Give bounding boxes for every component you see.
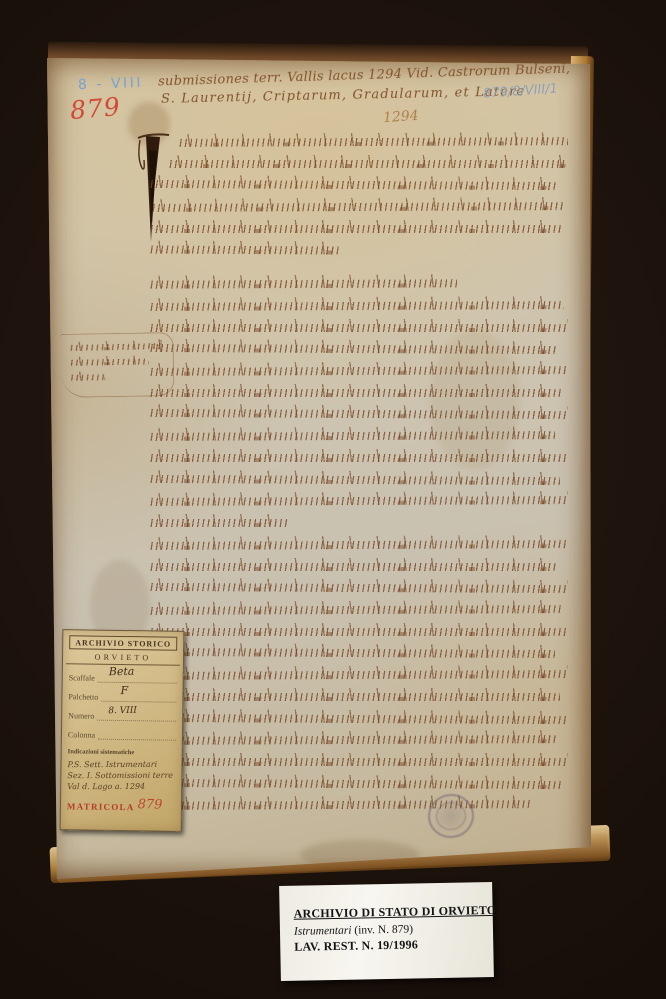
script-line: [169, 155, 566, 168]
script-line: [150, 665, 568, 680]
script-line: [150, 514, 290, 527]
dotted-rule: [101, 693, 176, 703]
script-line: [150, 404, 568, 419]
label-field-numero: Numero 8. VIII: [68, 710, 176, 722]
label-note-3: Val d. Lago a. 1294: [67, 781, 175, 792]
archive-label: ARCHIVIO STORICO ORVIETO Scaffale Beta P…: [60, 629, 185, 832]
script-line: [150, 491, 568, 506]
script-line: [150, 361, 566, 376]
caption-inventory: (inv. N. 879): [351, 923, 413, 936]
field-value: F: [120, 684, 128, 697]
script-line: [179, 132, 568, 147]
script-line: [150, 241, 340, 255]
script-line: [150, 220, 562, 233]
field-value: Beta: [109, 665, 135, 679]
caption-title: ARCHIVIO DI STATO DI ORVIETO: [294, 903, 487, 922]
field-name: Palchetto: [68, 692, 98, 701]
script-line: [150, 578, 568, 593]
dotted-rule: [98, 731, 176, 741]
manuscript-paragraph: [150, 133, 568, 263]
script-line: [150, 469, 560, 484]
label-field-palchetto: Palchetto F: [68, 691, 176, 703]
caption-line2: Istrumentari (inv. N. 879): [294, 922, 487, 938]
caption-series: Istrumentari: [294, 925, 352, 938]
script-line: [150, 426, 556, 441]
matricola-value: 879: [138, 797, 163, 812]
label-field-scaffale: Scaffale Beta: [69, 672, 177, 684]
manuscript-paragraph: [150, 297, 568, 536]
script-line: [150, 175, 558, 190]
label-subheader: ORVIETO: [69, 652, 177, 663]
script-line: [150, 708, 566, 723]
field-name: Scaffale: [69, 673, 95, 682]
label-note-1: P.S. Sett. Istrumentari: [68, 759, 176, 770]
script-line: [150, 773, 562, 788]
script-line: [150, 643, 556, 658]
script-line: [150, 274, 457, 288]
field-name: Numero: [68, 711, 94, 720]
script-line: [150, 384, 562, 397]
label-matricola-row: MATRICOLA 879: [67, 798, 175, 815]
label-section-title: Indicazioni sistematiche: [68, 748, 176, 757]
script-line: [150, 535, 566, 550]
script-line: [150, 688, 560, 701]
script-line: [150, 795, 533, 810]
script-line: [150, 753, 568, 766]
manuscript-paragraph: [150, 275, 568, 297]
script-line: [150, 623, 566, 636]
script-line: [150, 730, 558, 745]
script-line: [150, 558, 558, 571]
script-line: [150, 449, 566, 462]
caption-card: ARCHIVIO DI STATO DI ORVIETO Istrumentar…: [279, 882, 494, 981]
field-value: 8. VIII: [108, 706, 137, 717]
field-name: Colonna: [68, 730, 95, 739]
script-line: [150, 296, 564, 311]
script-line: [152, 197, 564, 212]
matricola-label: MATRICOLA: [67, 801, 134, 812]
script-line: [150, 339, 558, 354]
text-block: [0, 0, 666, 999]
manuscript-paragraph: [150, 536, 568, 818]
slide-photo: submissiones terr. Vallis lacus 1294 Vid…: [0, 0, 666, 999]
script-line: [150, 600, 562, 615]
label-field-colonna: Colonna: [68, 729, 176, 741]
script-line: [150, 319, 568, 332]
label-header: ARCHIVIO STORICO: [69, 635, 177, 651]
label-note-2: Sez. I. Sottomissioni terre: [67, 770, 175, 781]
caption-restoration-number: LAV. REST. N. 19/1996: [294, 936, 487, 955]
